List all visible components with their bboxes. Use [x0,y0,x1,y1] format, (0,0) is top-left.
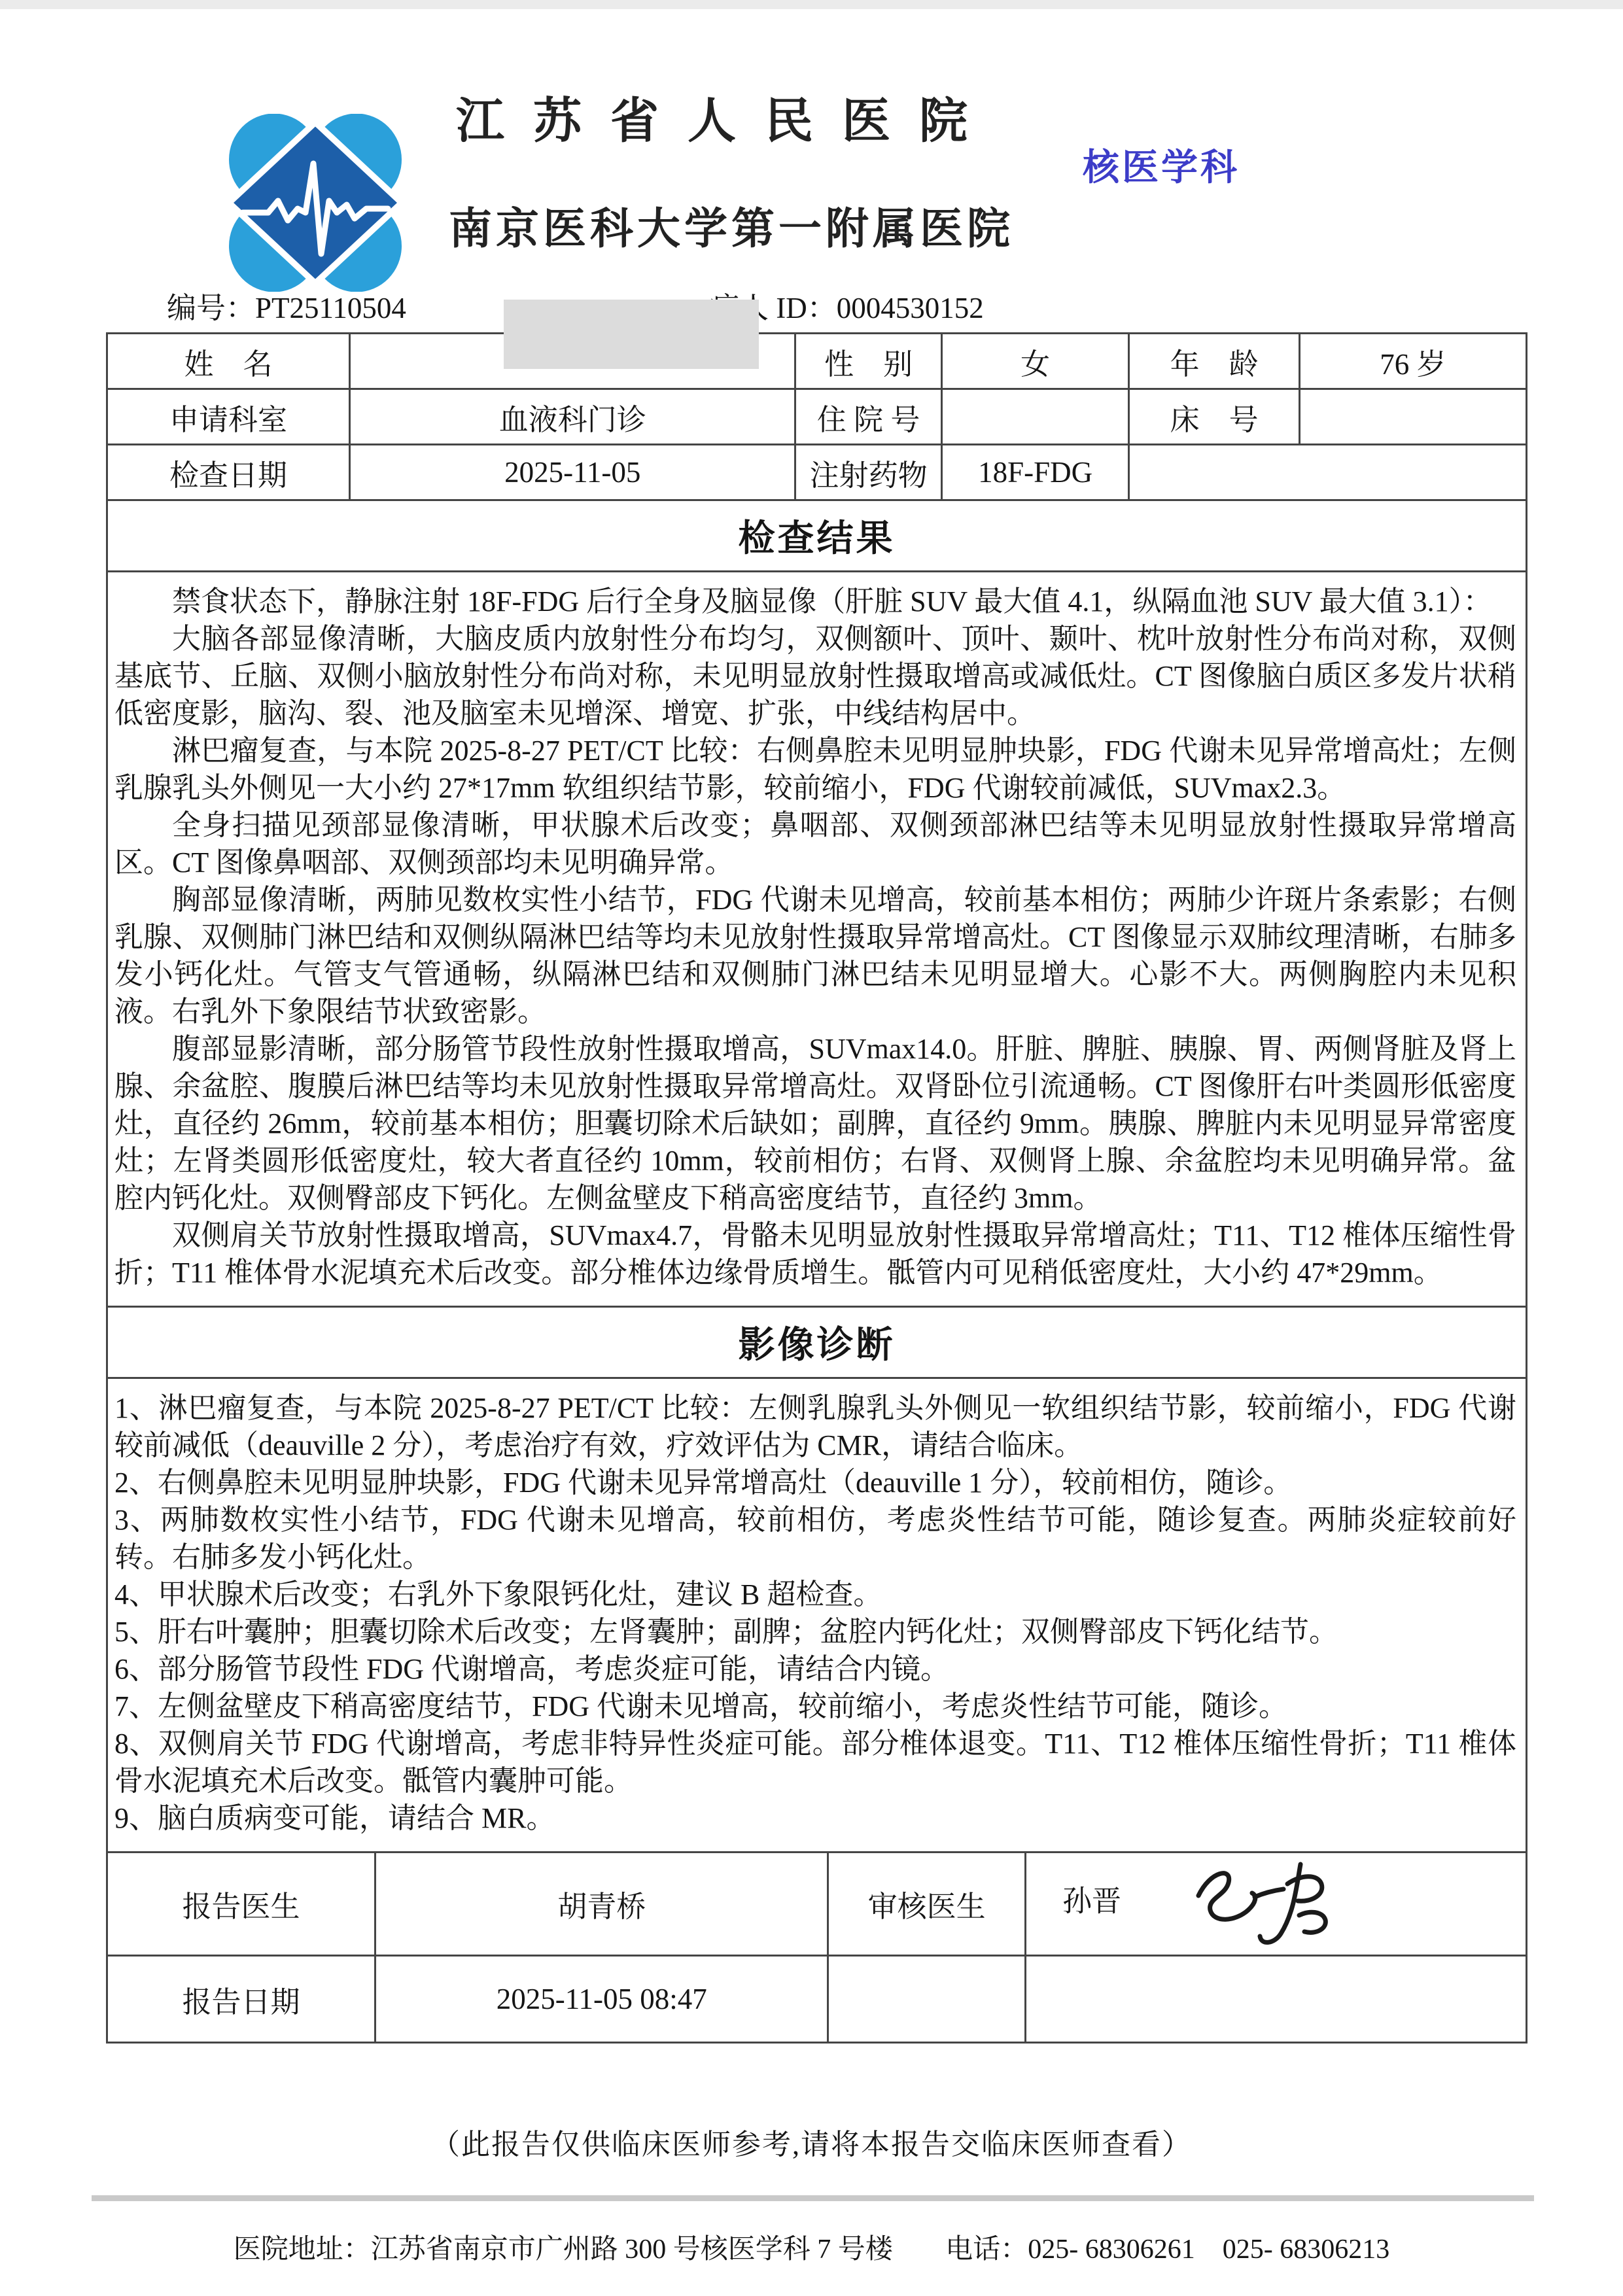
table-row: 申请科室 血液科门诊 住 院 号 床 号 [107,389,1527,445]
report-number-value: PT25110504 [255,292,406,324]
diagnosis-item: 6、部分肠管节段性 FDG 代谢增高，考虑炎症可能，请结合内镜。 [114,1650,1516,1688]
patient-info-table: 姓 名 性 别 女 年 龄 76 岁 申请科室 血液科门诊 住 院 号 床 号 … [106,332,1527,501]
exam-date-label: 检查日期 [107,445,350,500]
results-paragraph: 全身扫描见颈部显像清晰，甲状腺术后改变；鼻咽部、双侧颈部淋巴结等未见明显放射性摄… [114,807,1516,881]
diagnosis-item: 7、左侧盆壁皮下稍高密度结节，FDG 代谢未见增高，较前缩小，考虑炎性结节可能，… [114,1688,1516,1725]
report-header: 江苏省人民医院 核医学科 南京医科大学第一附属医院 [0,9,1623,284]
hospital-address: 医院地址：江苏省南京市广州路 300 号核医学科 7 号楼 [234,2235,893,2265]
diagnosis-section-title: 影像诊断 [106,1306,1527,1379]
bed-no-label: 床 号 [1129,389,1299,445]
empty-cell [828,1956,1026,2043]
review-doctor-value: 孙晋 [1062,1885,1121,1917]
results-paragraph: 腹部显影清晰，部分肠管节段性放射性摄取增高，SUVmax14.0。肝脏、脾脏、胰… [114,1030,1516,1217]
diagnosis-item: 3、两肺数枚实性小结节，FDG 代谢未见增高，较前相仿，考虑炎性结节可能，随诊复… [114,1501,1516,1576]
diagnosis-item: 1、淋巴瘤复查，与本院 2025-8-27 PET/CT 比较：左侧乳腺乳头外侧… [114,1389,1516,1464]
doctor-signature [1184,1855,1348,1953]
signoff-table: 报告医生 胡青桥 审核医生 孙晋 报告日期 2025-11-05 08:47 [106,1851,1527,2044]
results-paragraph: 胸部显像清晰，两肺见数枚实性小结节，FDG 代谢未见增高，较前基本相仿；两肺少许… [114,881,1516,1030]
sex-label: 性 别 [795,334,942,389]
age-value: 76 岁 [1299,334,1526,389]
review-doctor-label: 审核医生 [828,1852,1026,1956]
hospital-logo-icon [217,114,413,292]
diagnosis-item: 2、右侧鼻腔未见明显肿块影，FDG 代谢未见异常增高灶（deauville 1 … [114,1464,1516,1501]
id-line: 编号：PT25110504 病人 ID：0004530152 [0,284,1623,326]
tracer-label: 注射药物 [795,445,942,500]
hospital-phone: 电话：025- 68306261 025- 68306213 [945,2235,1389,2265]
age-label: 年 龄 [1129,334,1299,389]
review-doctor-cell: 孙晋 [1025,1852,1526,1956]
empty-cell [1129,445,1527,500]
report-doctor-value: 胡青桥 [375,1852,828,1956]
diagnosis-item: 8、双侧肩关节 FDG 代谢增高，考虑非特异性炎症可能。部分椎体退变。T11、T… [114,1725,1516,1800]
request-dept-value: 血液科门诊 [350,389,795,445]
results-paragraph: 禁食状态下，静脉注射 18F-FDG 后行全身及脑显像（肝脏 SUV 最大值 4… [114,583,1516,620]
results-section-body: 禁食状态下，静脉注射 18F-FDG 后行全身及脑显像（肝脏 SUV 最大值 4… [106,570,1527,1308]
footer-note: （此报告仅供临床医师参考,请将本报告交临床医师查看） [0,2121,1623,2163]
admission-no-value [941,389,1128,445]
table-row: 检查日期 2025-11-05 注射药物 18F-FDG [107,445,1527,500]
diagnosis-item: 4、甲状腺术后改变；右乳外下象限钙化灶，建议 B 超检查。 [114,1576,1516,1613]
diagnosis-item: 9、脑白质病变可能，请结合 MR。 [114,1800,1516,1837]
report-date-label: 报告日期 [107,1956,375,2043]
results-paragraph: 大脑各部显像清晰，大脑皮质内放射性分布均匀，双侧额叶、顶叶、颞叶、枕叶放射性分布… [114,620,1516,732]
table-row: 报告医生 胡青桥 审核医生 孙晋 [107,1852,1527,1956]
table-row: 报告日期 2025-11-05 08:47 [107,1956,1527,2043]
patient-id-value: 0004530152 [837,292,984,324]
results-paragraph: 双侧肩关节放射性摄取增高，SUVmax4.7，骨骼未见明显放射性摄取异常增高灶；… [114,1217,1516,1291]
sex-value: 女 [941,334,1128,389]
report-number: 编号：PT25110504 [167,284,406,326]
results-section-title: 检查结果 [106,499,1527,572]
diagnosis-section-body: 1、淋巴瘤复查，与本院 2025-8-27 PET/CT 比较：左侧乳腺乳头外侧… [106,1377,1527,1853]
exam-date-value: 2025-11-05 [350,445,795,500]
hospital-subtitle: 南京医科大学第一附属医院 [449,194,1014,256]
name-label: 姓 名 [107,334,350,389]
report-date-value: 2025-11-05 08:47 [375,1956,828,2043]
report-page: 江苏省人民医院 核医学科 南京医科大学第一附属医院 编号：PT25110504 … [0,0,1623,2296]
diagnosis-item: 5、肝右叶囊肿；胆囊切除术后改变；左肾囊肿；副脾；盆腔内钙化灶；双侧臀部皮下钙化… [114,1613,1516,1650]
redaction-box [504,300,759,369]
table-row: 姓 名 性 别 女 年 龄 76 岁 [107,334,1527,389]
report-doctor-label: 报告医生 [107,1852,375,1956]
tracer-value: 18F-FDG [941,445,1128,500]
footer-address-line: 医院地址：江苏省南京市广州路 300 号核医学科 7 号楼 电话：025- 68… [0,2227,1623,2267]
bed-no-value [1299,389,1526,445]
report-number-label: 编号： [167,292,255,324]
hospital-name: 江苏省人民医院 [456,82,996,152]
empty-cell [1025,1956,1526,2043]
admission-no-label: 住 院 号 [795,389,942,445]
results-paragraph: 淋巴瘤复查，与本院 2025-8-27 PET/CT 比较：右侧鼻腔未见明显肿块… [114,732,1516,807]
request-dept-label: 申请科室 [107,389,350,445]
scan-edge-strip [0,0,1623,9]
footer-divider [92,2195,1534,2201]
department-label: 核医学科 [1083,139,1240,191]
